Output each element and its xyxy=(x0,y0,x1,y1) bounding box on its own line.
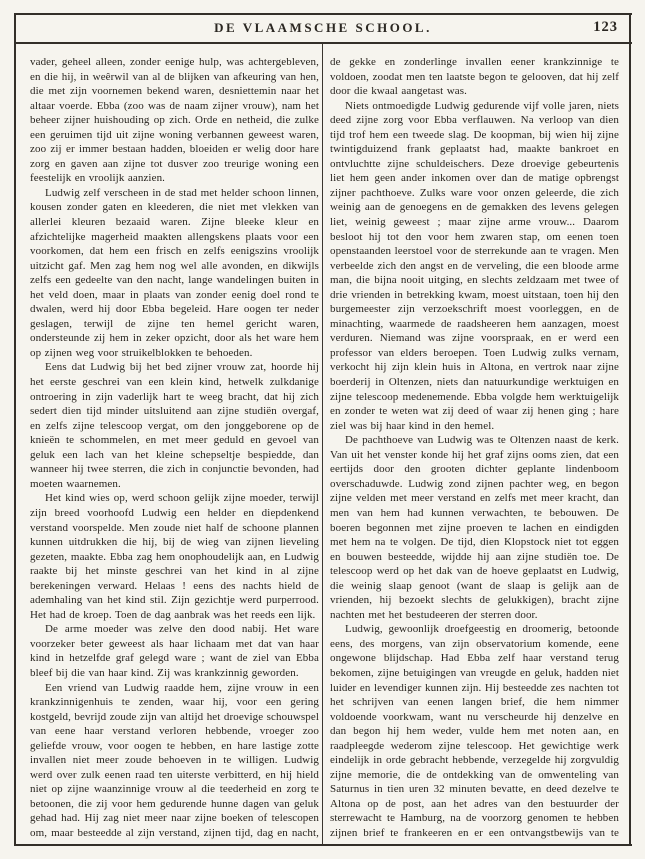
page-header: DE VLAAMSCHE SCHOOL. 123 xyxy=(16,17,630,41)
paragraph: Ludwig zelf verscheen in de stad met hel… xyxy=(30,186,319,361)
paragraph: de gekke en zonderlinge invallen eener k… xyxy=(330,55,619,99)
top-frame-rule xyxy=(14,13,632,15)
journal-title: DE VLAAMSCHE SCHOOL. xyxy=(16,20,630,36)
right-frame-border xyxy=(629,13,631,846)
left-frame-border xyxy=(14,13,16,846)
paragraph: De arme moeder was zelve den dood nabij.… xyxy=(30,622,319,680)
bottom-frame-rule xyxy=(14,844,632,846)
right-text-column: de gekke en zonderlinge invallen eener k… xyxy=(330,55,619,841)
paragraph: vader, geheel alleen, zonder eenige hulp… xyxy=(30,55,319,186)
paragraph: Het kind wies op, werd schoon gelijk zij… xyxy=(30,491,319,622)
paragraph: Een vriend van Ludwig raadde hem, zijne … xyxy=(30,681,319,841)
paragraph: Ludwig, gewoonlijk droefgeestig en droom… xyxy=(330,622,619,841)
page-number: 123 xyxy=(593,19,618,36)
paragraph: Eens dat Ludwig bij het bed zijner vrouw… xyxy=(30,360,319,491)
header-bottom-rule xyxy=(14,42,632,44)
scanned-document-page: DE VLAAMSCHE SCHOOL. 123 vader, geheel a… xyxy=(0,0,645,859)
paragraph: Niets ontmoedigde Ludwig gedurende vijf … xyxy=(330,99,619,434)
column-divider-rule xyxy=(322,44,323,844)
left-text-column: vader, geheel alleen, zonder eenige hulp… xyxy=(30,55,319,841)
paragraph: De pachthoeve van Ludwig was te Oltenzen… xyxy=(330,433,619,622)
